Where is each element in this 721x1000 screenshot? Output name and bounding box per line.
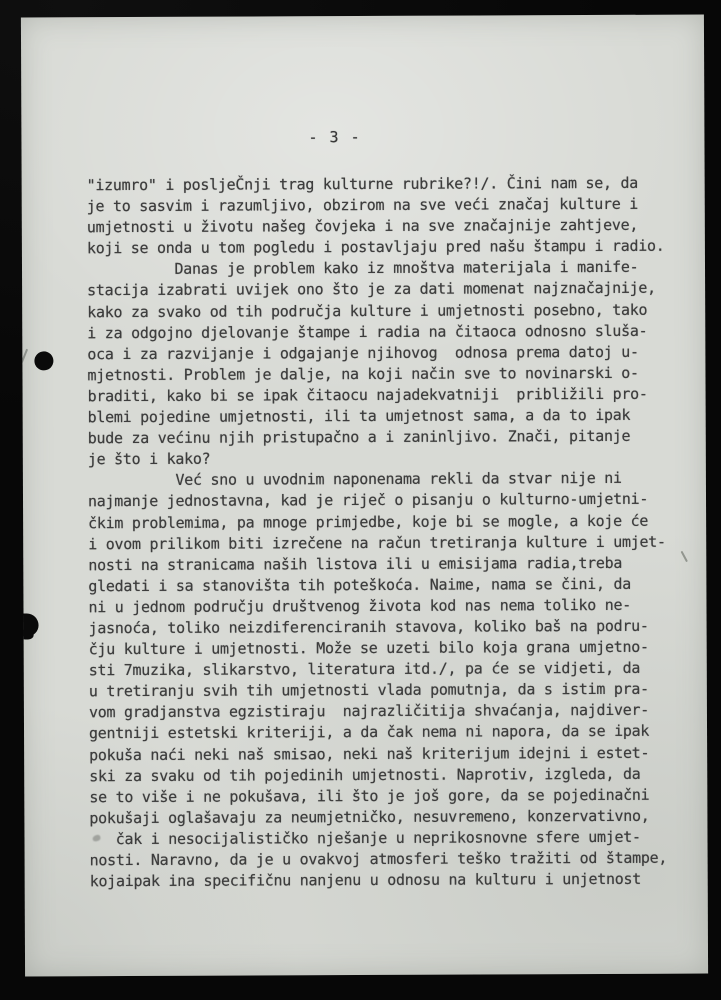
text-line: oca i za razvijanje i odgajanje njihovog… [87, 341, 687, 365]
text-line: sti 7muzika, slikarstvo, literatura itd.… [89, 658, 689, 682]
text-line: stacija izabrati uvijek ono što je za da… [87, 278, 687, 302]
text-line: pokuša naći neki naš smisao, neki naš kr… [89, 742, 689, 766]
text-line: najmanje jednostavna, kad je riječ o pis… [88, 489, 688, 513]
text-line: gentniji estetski kriteriji, a da čak ne… [89, 721, 689, 745]
text-line: Danas je problem kako iz mnoštva materij… [87, 257, 687, 281]
pencil-mark-left-edge [21, 349, 28, 364]
text-line: je što i kako? [88, 447, 688, 471]
scan-background: - 3 - "izumro" i posljeČnji trag kulturn… [0, 0, 721, 1000]
punch-hole-bottom-notch [21, 629, 34, 639]
text-line: umjetnosti u životu našeg čovjeka i na s… [87, 215, 687, 239]
text-line: Već sno u uvodnim naponenama rekli da st… [88, 468, 688, 492]
text-line: braditi, kako bi se ipak čitaocu najadek… [88, 384, 688, 408]
text-line: nosti na stranicama naših listova ili u … [88, 552, 688, 576]
text-line: čak i nesocijalističko nješanje u neprik… [89, 826, 689, 850]
text-line: blemi pojedine umjetnosti, ili ta umjetn… [88, 405, 688, 429]
text-line: koji se onda u tom pogledu i postavljaju… [87, 236, 687, 260]
text-line: bude za većinu njih pristupačno a i zani… [88, 426, 688, 450]
text-line: kojaipak ina specifičnu nanjenu u odnosu… [90, 869, 690, 893]
text-line: vom gradjanstva egzistiraju najrazličiti… [89, 700, 689, 724]
text-line: ski za svaku od tih pojedinih umjetnosti… [89, 763, 689, 787]
text-line: pokušaji oglašavaju za neumjetničko, nes… [89, 805, 689, 829]
text-line: ni u jednom području društvenog života k… [88, 594, 688, 618]
punch-hole-top [34, 351, 53, 370]
text-line: čkim problemima, pa mnoge primjedbe, koj… [88, 510, 688, 534]
text-line: nosti. Naravno, da je u ovakvoj atmosfer… [90, 848, 690, 872]
text-line: mjetnosti. Problem je dalje, na koji nač… [87, 362, 687, 386]
text-line: gledati i sa stanovišta tih poteškoća. N… [88, 573, 688, 597]
page-number: - 3 - [308, 128, 361, 146]
text-line: se to više i ne pokušava, ili što je još… [89, 784, 689, 808]
text-line: je to sasvim i razumljivo, obzirom na sv… [87, 194, 687, 218]
document-page: - 3 - "izumro" i posljeČnji trag kulturn… [21, 15, 708, 977]
text-line: i za odgojno djelovanje štampe i radia n… [87, 320, 687, 344]
text-line: čju kulture i umjetnosti. Može se uzeti … [89, 637, 689, 661]
text-line: "izumro" i posljeČnji trag kulturne rubr… [87, 173, 687, 197]
text-line: u tretiranju svih tih umjetnosti vlada p… [89, 679, 689, 703]
typewritten-text-block: "izumro" i posljeČnji trag kulturne rubr… [87, 173, 690, 893]
text-line: jasnoća, toliko neizdiferenciranih stavo… [89, 616, 689, 640]
text-line: i ovom prilikom biti izrečene na račun t… [88, 531, 688, 555]
text-line: kako za svako od tih područja kulture i … [87, 299, 687, 323]
